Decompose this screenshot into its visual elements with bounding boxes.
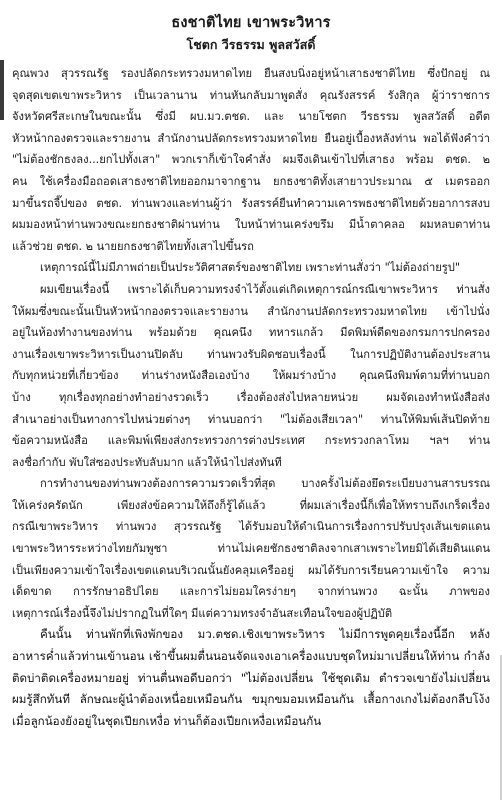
text-line: แล้วช่วย ตชด. ๒ นายยกธงชาติไทยทั้งเสาไปข…	[12, 236, 490, 258]
document-title: ธงชาติไทย เขาพระวิหาร	[12, 13, 490, 33]
text-line: การทำงานของท่านพวงต้องการความรวดเร็วที่ส…	[12, 473, 490, 495]
text-line: คุณพวง สุวรรณรัฐ รองปลัดกระทรวงมหาดไทย ย…	[12, 63, 490, 85]
text-line: ให้เคร่งครัดนัก เพียงส่งข้อความให้ถึงก็ร…	[12, 495, 490, 517]
paragraph-5: คืนนั้น ท่านพักที่เพิงพักของ มว.ตชด.เชิง…	[12, 624, 490, 732]
text-line: สำเนาอย่างเป็นทางการไปหน่วยต่างๆ ท่านบอก…	[12, 409, 490, 431]
page-edge-mark	[0, 60, 4, 120]
paragraph-1: คุณพวง สุวรรณรัฐ รองปลัดกระทรวงมหาดไทย ย…	[12, 63, 490, 257]
paragraph-3: ผมเขียนเรื่องนี้ เพราะได้เก็บความทรงจำไว…	[12, 279, 490, 473]
text-line: คืนนั้น ท่านพักที่เพิงพักของ มว.ตชด.เชิง…	[12, 624, 490, 646]
text-line: เขาพระวิหารระหว่างไทยกัมพูชา ท่านไม่เคยช…	[12, 538, 490, 560]
text-line: "ไม่ต้องชักธงลง...ยกไปทั้งเสา" พวกเราก็เ…	[12, 149, 490, 171]
text-line: เหตุการณ์นี้ไม่มีภาพถ่ายเป็นประวัติศาสตร…	[12, 257, 490, 279]
text-line: กับทุกหน่วยที่เกี่ยวข้อง ท่านร่างหนังสือ…	[12, 365, 490, 387]
text-line: ให้ผมซึ่งขณะนั้นเป็นหัวหน้ากองตรวจและราย…	[12, 301, 490, 323]
text-line: เด็ดขาด การรักษาอธิปไตย และการไม่ยอมใครง…	[12, 581, 490, 603]
paragraph-2: เหตุการณ์นี้ไม่มีภาพถ่ายเป็นประวัติศาสตร…	[12, 257, 490, 279]
text-line: บ้าง ทุกเรื่องทุกอย่างทำอย่างรวดเร็ว เรื…	[12, 387, 490, 409]
text-line: เมื่อลูกน้องยังอยู่ในชุดเปียกเหงื่อ ท่าน…	[12, 711, 490, 733]
text-line: อยู่ในห้องทำงานของท่าน พร้อมด้วย คุณคนึง…	[12, 322, 490, 344]
text-line: จุดสุดเขตเขาพระวิหาร เป็นเวลานาน ท่านหัน…	[12, 85, 490, 107]
document-page: ธงชาติไทย เขาพระวิหาร โชตก วีรธรรม พูลสว…	[12, 0, 490, 732]
paragraph-4: การทำงานของท่านพวงต้องการความรวดเร็วที่ส…	[12, 473, 490, 624]
text-line: เหตุการณ์เรื่องนี้จึงไม่ปรากฏในที่ใดๆ มี…	[12, 603, 490, 625]
text-line: ผมมองหน้าท่านพวงขณะยกธงชาติผ่านท่าน ใบหน…	[12, 214, 490, 236]
document-author: โชตก วีรธรรม พูลสวัสดิ์	[12, 35, 490, 55]
text-line: อาหารค่ำแล้วท่านเข้านอน เช้าขึ้นผมตื่นนอ…	[12, 646, 490, 668]
text-line: หัวหน้ากองตรวจและรายงาน สำนักงานปลัดกระท…	[12, 128, 490, 150]
text-line: กรณีเขาพระวิหาร ท่านพวง สุวรรณรัฐ ได้รับ…	[12, 516, 490, 538]
text-line: ลงชื่อกำกับ พับใส่ซองประทับลับมาก แล้วให…	[12, 452, 490, 474]
text-line: มาขึ้นรถจี๊ปของ ตชด. ท่านพวงและท่านผู้ว่…	[12, 193, 490, 215]
text-line: ติดบ่าติดเครื่องหมายอยู่ ท่านตื่นพอดีบอก…	[12, 668, 490, 690]
text-line: ผมรู้สึกทันที ลักษณะผู้นำต้องเหนื่อยเหมื…	[12, 689, 490, 711]
text-line: ข้อความหนังสือ และพิมพ์เพียงส่งกระทรวงกา…	[12, 430, 490, 452]
text-line: งานเรื่องเขาพระวิหารเป็นงานปิดลับ ท่านพว…	[12, 344, 490, 366]
text-line: จังหวัดศรีสะเกษในขณะนั้น ซึ่งมี ผบ.มว.ตช…	[12, 106, 490, 128]
text-line: คน ใช้เครื่องมือถอดเสาธงชาติไทยออกมาจากฐ…	[12, 171, 490, 193]
text-line: เป็นเพียงความเข้าใจเรื่องเขตแดนบริเวณนั้…	[12, 560, 490, 582]
text-line: ผมเขียนเรื่องนี้ เพราะได้เก็บความทรงจำไว…	[12, 279, 490, 301]
